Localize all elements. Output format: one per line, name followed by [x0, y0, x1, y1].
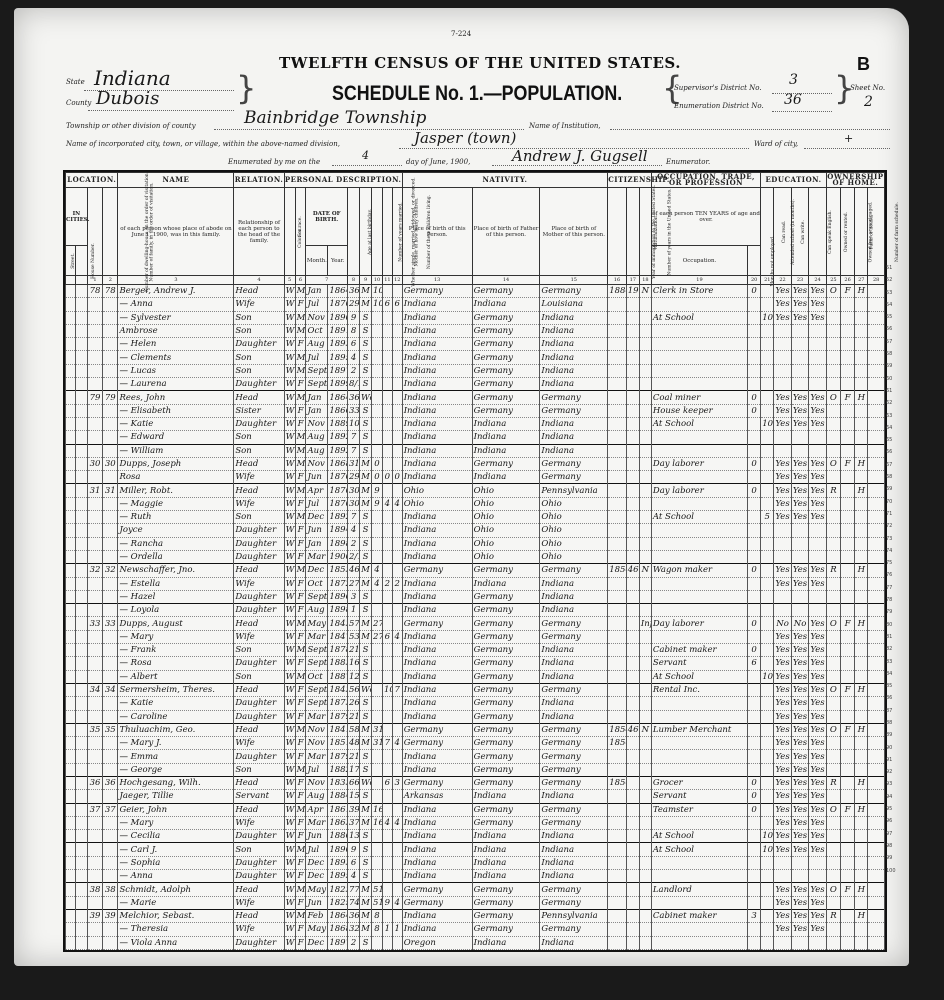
cell-marital: S	[360, 311, 372, 324]
cell-school: 10	[761, 843, 774, 856]
cell-marital: M	[360, 577, 372, 590]
cell-owned: R	[826, 776, 840, 789]
line-number: 100	[886, 865, 904, 877]
cell-unemp	[748, 378, 761, 391]
cell-house	[75, 524, 87, 537]
cell-schedule	[868, 564, 885, 577]
cell-english: Yes	[809, 657, 827, 670]
cell-farm: H	[855, 617, 868, 630]
cell-house	[75, 790, 87, 803]
cell-english	[809, 338, 827, 351]
cell-house	[75, 617, 87, 630]
cell-farm	[855, 830, 868, 843]
cell-relation: Daughter	[234, 417, 284, 430]
cell-pob-mother: Indiana	[540, 936, 608, 949]
cell-dwelling: 35	[87, 723, 102, 736]
cell-schedule	[868, 471, 885, 484]
cell-living: 4	[392, 896, 402, 909]
cell-name: Melchior, Sebast.	[118, 909, 234, 922]
cell-house	[75, 896, 87, 909]
cell-age: 2	[348, 364, 360, 377]
table-row: — KatieDaughterWFNov188910SIndianaIndian…	[66, 417, 885, 430]
cell-sex: F	[295, 816, 306, 829]
cell-dwelling	[87, 577, 102, 590]
cell-marital: M	[360, 617, 372, 630]
cell-year: 1878	[328, 644, 348, 657]
cell-mother	[382, 404, 392, 417]
cell-school	[761, 457, 774, 470]
farm-house-header: Farm or house.	[855, 188, 868, 276]
cell-living	[392, 444, 402, 457]
cell-years-us	[626, 590, 639, 603]
cell-nat	[639, 338, 651, 351]
cell-color: W	[284, 537, 295, 550]
cell-pob-father: Germany	[472, 630, 540, 643]
cell-occupation	[651, 537, 747, 550]
cell-mother: 7	[382, 737, 392, 750]
cell-year: 1894	[328, 524, 348, 537]
cell-age: 16	[348, 657, 360, 670]
cell-occupation: Grocer	[651, 776, 747, 789]
cell-year: 1853	[328, 564, 348, 577]
cell-read: Yes	[774, 710, 791, 723]
column-number: 2	[103, 276, 118, 285]
cell-read: Yes	[774, 896, 791, 909]
cell-nat	[639, 670, 651, 683]
cell-street	[66, 683, 76, 696]
cell-years-us: 46	[626, 564, 639, 577]
cell-marital: S	[360, 590, 372, 603]
cell-color: W	[284, 737, 295, 750]
cell-name: — Katie	[118, 697, 234, 710]
cell-unemp	[748, 830, 761, 843]
cell-owned	[826, 923, 840, 936]
cell-house	[75, 404, 87, 417]
cell-mother: 6	[382, 630, 392, 643]
cell-street	[66, 776, 76, 789]
cell-family	[103, 311, 118, 324]
cell-nat	[639, 750, 651, 763]
cell-living: 0	[392, 471, 402, 484]
cell-relation: Daughter	[234, 936, 284, 949]
cell-immig	[608, 511, 627, 524]
cell-pob-father: Ohio	[472, 511, 540, 524]
cell-owned: O	[826, 617, 840, 630]
cell-years-us	[626, 364, 639, 377]
cell-living	[392, 311, 402, 324]
cell-write	[791, 351, 808, 364]
cell-pob: Indiana	[402, 550, 472, 563]
cell-pob-father: Germany	[472, 590, 540, 603]
cell-dwelling	[87, 524, 102, 537]
cell-occupation: At School	[651, 670, 747, 683]
cell-years-us	[626, 710, 639, 723]
cell-nat	[639, 883, 651, 896]
cell-unemp	[748, 537, 761, 550]
cell-school	[761, 537, 774, 550]
cell-living	[392, 391, 402, 404]
cell-month: Aug	[306, 444, 328, 457]
cell-occupation	[651, 856, 747, 869]
cell-dwelling	[87, 737, 102, 750]
cell-name: Schmidt, Adolph	[118, 883, 234, 896]
cell-mother	[382, 617, 392, 630]
cell-pob: Indiana	[402, 537, 472, 550]
cell-school	[761, 683, 774, 696]
column-number: 7	[306, 276, 348, 285]
cell-house	[75, 378, 87, 391]
cell-mother	[382, 790, 392, 803]
cell-pob: Oregon	[402, 936, 472, 949]
cell-dwelling	[87, 657, 102, 670]
table-row: — ElisabethSisterWFJan186633SIndianaGerm…	[66, 404, 885, 417]
cell-school	[761, 604, 774, 617]
cell-schedule	[868, 723, 885, 736]
cell-color: W	[284, 391, 295, 404]
cell-english: Yes	[809, 710, 827, 723]
cell-pob-father: Indiana	[472, 856, 540, 869]
cell-write: Yes	[791, 404, 808, 417]
cell-pob-father: Germany	[472, 816, 540, 829]
cell-immig	[608, 870, 627, 883]
cell-pob-father: Germany	[472, 763, 540, 776]
cell-mortgage	[841, 511, 855, 524]
cell-pob-father: Ohio	[472, 550, 540, 563]
cell-nat	[639, 803, 651, 816]
cell-mother	[382, 657, 392, 670]
cell-pob: Indiana	[402, 870, 472, 883]
line-number: 88	[886, 717, 904, 729]
cell-house	[75, 550, 87, 563]
cell-pob-mother: Germany	[540, 285, 608, 298]
enumerator-line	[492, 165, 662, 166]
cell-school	[761, 763, 774, 776]
cell-farm	[855, 923, 868, 936]
cell-street	[66, 870, 76, 883]
cell-nat	[639, 697, 651, 710]
column-number: 17	[626, 276, 639, 285]
cell-pob: Indiana	[402, 404, 472, 417]
cell-occupation	[651, 431, 747, 444]
cell-pob-mother: Indiana	[540, 830, 608, 843]
cell-name: Jaeger, Tillie	[118, 790, 234, 803]
cell-sex: M	[295, 324, 306, 337]
cell-name: Geier, John	[118, 803, 234, 816]
cell-pob-mother: Indiana	[540, 790, 608, 803]
cell-write	[791, 431, 808, 444]
cell-pob-mother: Germany	[540, 816, 608, 829]
cell-marital: M	[360, 737, 372, 750]
cell-month: Dec	[306, 856, 328, 869]
cell-sex: F	[295, 630, 306, 643]
cell-age: 9	[348, 843, 360, 856]
cell-pob-father: Ohio	[472, 497, 540, 510]
cell-nat	[639, 444, 651, 457]
cell-month: Nov	[306, 457, 328, 470]
cell-english: Yes	[809, 750, 827, 763]
cell-marital: S	[360, 444, 372, 457]
cell-mortgage	[841, 856, 855, 869]
cell-pob: Germany	[402, 776, 472, 789]
cell-mortgage: F	[841, 617, 855, 630]
cell-unemp	[748, 590, 761, 603]
cell-write: Yes	[791, 923, 808, 936]
cell-mother	[382, 710, 392, 723]
cell-family	[103, 604, 118, 617]
cell-year: 1883	[328, 657, 348, 670]
cell-years-us	[626, 577, 639, 590]
cell-pob: Indiana	[402, 471, 472, 484]
cell-family	[103, 670, 118, 683]
form-code: 7-224	[451, 30, 471, 38]
cell-sex: M	[295, 763, 306, 776]
cell-english	[809, 870, 827, 883]
cell-dwelling	[87, 338, 102, 351]
cell-year: 1870	[328, 298, 348, 311]
cell-married	[372, 710, 383, 723]
cell-occupation: At School	[651, 511, 747, 524]
county-value: Dubois	[96, 88, 159, 109]
cell-family: 38	[103, 883, 118, 896]
cell-owned	[826, 497, 840, 510]
cell-age: 2/12	[348, 550, 360, 563]
cell-living	[392, 763, 402, 776]
cell-year: 1868	[328, 457, 348, 470]
cell-farm: H	[855, 883, 868, 896]
cell-married	[372, 431, 383, 444]
cell-street	[66, 816, 76, 829]
cell-occupation	[651, 524, 747, 537]
cell-dwelling	[87, 604, 102, 617]
cell-year: 1879	[328, 750, 348, 763]
column-number: 5	[284, 276, 295, 285]
column-number: 6	[295, 276, 306, 285]
table-row: — LoyolaDaughterWFAug18981SIndianaGerman…	[66, 604, 885, 617]
cell-name: — William	[118, 444, 234, 457]
cell-mother	[382, 870, 392, 883]
cell-schedule	[868, 338, 885, 351]
cell-mother	[382, 351, 392, 364]
cell-pob-father: Germany	[472, 391, 540, 404]
cell-owned: O	[826, 391, 840, 404]
cell-name: — Albert	[118, 670, 234, 683]
cell-living: 2	[392, 577, 402, 590]
cell-unemp	[748, 524, 761, 537]
cell-month: Dec	[306, 870, 328, 883]
cell-year: 1851	[328, 737, 348, 750]
cell-pob-father: Germany	[472, 683, 540, 696]
cell-write: Yes	[791, 484, 808, 497]
cell-mortgage	[841, 697, 855, 710]
cell-color: W	[284, 790, 295, 803]
cell-marital: S	[360, 856, 372, 869]
cell-pob-mother: Louisiana	[540, 298, 608, 311]
cell-pob-mother: Indiana	[540, 590, 608, 603]
cell-mother: 6	[382, 298, 392, 311]
cell-write: Yes	[791, 776, 808, 789]
table-row: — AnnaDaughterWFDec18954SIndianaIndianaI…	[66, 870, 885, 883]
table-row: — AnnaWifeWFJul187029M1066IndianaIndiana…	[66, 298, 885, 311]
cell-month: Jul	[306, 843, 328, 856]
cell-english: Yes	[809, 391, 827, 404]
cell-sex: F	[295, 471, 306, 484]
cell-relation: Head	[234, 564, 284, 577]
cell-relation: Wife	[234, 497, 284, 510]
cell-pob-mother: Indiana	[540, 311, 608, 324]
cell-mortgage	[841, 710, 855, 723]
cell-living	[392, 604, 402, 617]
personal-header: PERSONAL DESCRIPTION.	[284, 173, 402, 188]
cell-name: Miller, Robt.	[118, 484, 234, 497]
cell-house	[75, 657, 87, 670]
cell-farm	[855, 604, 868, 617]
cell-farm: H	[855, 909, 868, 922]
cell-sex: F	[295, 404, 306, 417]
cell-nat	[639, 710, 651, 723]
table-row: 3636Hochgesang, Wilh.HeadWFNov183366Wd63…	[66, 776, 885, 789]
cell-sex: F	[295, 604, 306, 617]
cell-month: Oct	[306, 577, 328, 590]
cell-color: W	[284, 896, 295, 909]
cell-married: 16	[372, 803, 383, 816]
cell-mortgage	[841, 604, 855, 617]
cell-marital: Wd	[360, 683, 372, 696]
cell-years-us	[626, 484, 639, 497]
cell-owned	[826, 856, 840, 869]
line-number: 60	[886, 373, 904, 385]
cell-pob-father: Germany	[472, 564, 540, 577]
cell-relation: Son	[234, 670, 284, 683]
cell-pob: Indiana	[402, 909, 472, 922]
cell-unemp: 0	[748, 404, 761, 417]
cell-name: — Loyola	[118, 604, 234, 617]
cell-unemp: 6	[748, 657, 761, 670]
cell-nat	[639, 351, 651, 364]
cell-street	[66, 524, 76, 537]
cell-nat	[639, 431, 651, 444]
ward-value: +	[844, 132, 853, 145]
cell-schedule	[868, 537, 885, 550]
cell-relation: Head	[234, 683, 284, 696]
census-rows: 7878Berger, Andrew J.HeadWMJan186436M10G…	[66, 285, 885, 950]
cell-read: Yes	[774, 750, 791, 763]
cell-write	[791, 856, 808, 869]
cell-school: 10	[761, 830, 774, 843]
cell-schedule	[868, 457, 885, 470]
cell-english: Yes	[809, 670, 827, 683]
cell-color: W	[284, 870, 295, 883]
cell-school	[761, 364, 774, 377]
cell-married	[372, 550, 383, 563]
cell-dwelling: 36	[87, 776, 102, 789]
cell-street	[66, 697, 76, 710]
cell-occupation: Lumber Merchant	[651, 723, 747, 736]
cell-family	[103, 497, 118, 510]
cell-sex: F	[295, 737, 306, 750]
cell-name: — Helen	[118, 338, 234, 351]
month-header: Month.	[306, 246, 328, 276]
cell-married	[372, 936, 383, 949]
cell-marital: S	[360, 670, 372, 683]
cell-mortgage	[841, 750, 855, 763]
cell-immig	[608, 883, 627, 896]
cell-living	[392, 883, 402, 896]
cell-marital: M	[360, 923, 372, 936]
cell-occupation: At School	[651, 843, 747, 856]
cell-nat	[639, 378, 651, 391]
cell-age: 53	[348, 630, 360, 643]
table-row: 3131Miller, Robt.HeadWMApr187030M9OhioOh…	[66, 484, 885, 497]
table-row: — Carl J.SonWMJul18909SIndianaIndianaInd…	[66, 843, 885, 856]
cell-name: — Sylvester	[118, 311, 234, 324]
cell-owned	[826, 604, 840, 617]
cell-married: 51	[372, 896, 383, 909]
cell-immig: 1856	[608, 737, 627, 750]
cell-street	[66, 351, 76, 364]
cell-pob-father: Germany	[472, 285, 540, 298]
cell-dwelling: 78	[87, 285, 102, 298]
cell-pob-mother: Germany	[540, 883, 608, 896]
cell-read: Yes	[774, 816, 791, 829]
cell-color: W	[284, 883, 295, 896]
cell-nat	[639, 896, 651, 909]
house-number-header: House Number.	[75, 246, 87, 276]
cell-sex: M	[295, 909, 306, 922]
cell-english	[809, 590, 827, 603]
cell-unemp	[748, 923, 761, 936]
cell-relation: Daughter	[234, 710, 284, 723]
cell-married	[372, 511, 383, 524]
cell-english	[809, 550, 827, 563]
cell-farm	[855, 670, 868, 683]
cell-unemp	[748, 683, 761, 696]
cell-house	[75, 909, 87, 922]
cell-owned	[826, 590, 840, 603]
cell-house	[75, 417, 87, 430]
cell-street	[66, 883, 76, 896]
cell-street	[66, 391, 76, 404]
table-row: — ClementsSonWMJul18954SIndianaGermanyIn…	[66, 351, 885, 364]
cell-color: W	[284, 550, 295, 563]
cell-read	[774, 524, 791, 537]
cell-sex: F	[295, 710, 306, 723]
cell-pob-father: Germany	[472, 644, 540, 657]
cell-occupation	[651, 550, 747, 563]
cell-name: — Caroline	[118, 710, 234, 723]
cell-school	[761, 431, 774, 444]
occupation-header: OCCUPATION, TRADE, OR PROFESSION	[651, 173, 760, 188]
cell-english: Yes	[809, 577, 827, 590]
cell-read: Yes	[774, 790, 791, 803]
cell-dwelling	[87, 590, 102, 603]
cell-sex: F	[295, 776, 306, 789]
column-number: 11	[382, 276, 392, 285]
cell-schedule	[868, 657, 885, 670]
cell-pob: Indiana	[402, 683, 472, 696]
cell-age: 6	[348, 338, 360, 351]
cell-schedule	[868, 378, 885, 391]
cell-unemp: 0	[748, 617, 761, 630]
cell-mother: 9	[382, 896, 392, 909]
cell-relation: Wife	[234, 577, 284, 590]
cell-relation: Head	[234, 803, 284, 816]
cell-pob-father: Germany	[472, 710, 540, 723]
cell-years-us	[626, 644, 639, 657]
cell-years-us	[626, 550, 639, 563]
cell-read	[774, 550, 791, 563]
cell-write	[791, 444, 808, 457]
line-number: 55	[886, 311, 904, 323]
